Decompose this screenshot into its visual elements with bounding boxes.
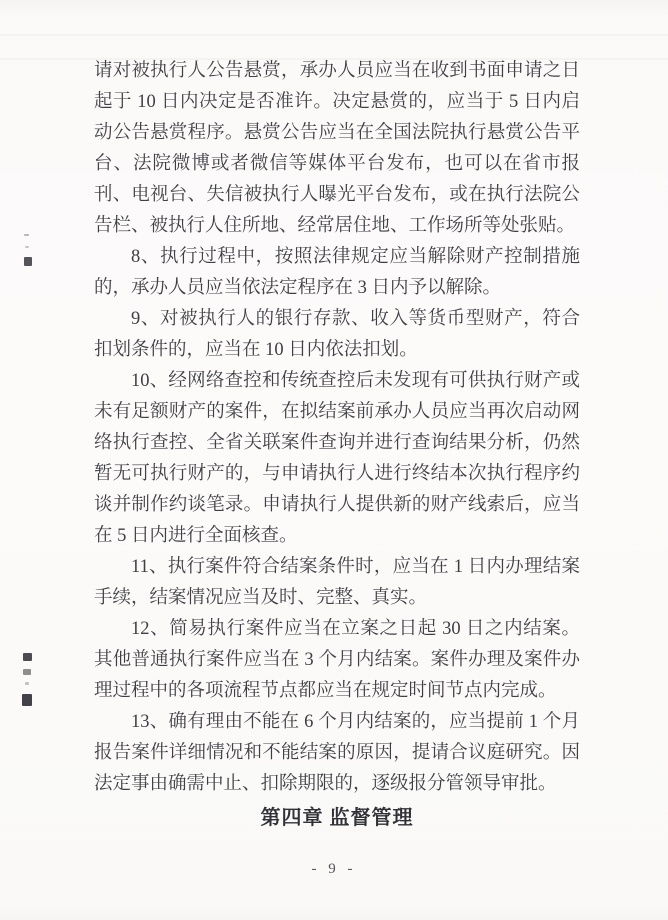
paragraph-item-8: 8、执行过程中，按照法律规定应当解除财产控制措施的，承办人员应当依法定程序在 3… [94, 242, 580, 304]
paragraph-item-13: 13、确有理由不能在 6 个月内结案的，应当提前 1 个月报告案件详细情况和不能… [94, 707, 580, 800]
paragraph-item-11: 11、执行案件符合结案条件时，应当在 1 日内办理结案手续，结案情况应当及时、完… [94, 552, 580, 614]
paragraph-item-12: 12、简易执行案件应当在立案之日起 30 日之内结案。其他普通执行案件应当在 3… [94, 614, 580, 707]
document-body: 请对被执行人公告悬赏，承办人员应当在收到书面申请之日起于 10 日内决定是否准许… [94, 56, 580, 834]
scan-speck [24, 257, 32, 266]
page-number: - 9 - [0, 861, 668, 878]
scan-speck [22, 694, 32, 706]
paragraph-item-9: 9、对被执行人的银行存款、收入等货币型财产，符合扣划条件的，应当在 10 日内依… [94, 304, 580, 366]
scan-speck [24, 234, 29, 236]
paragraph-item-10: 10、经网络查控和传统查控后未发现有可供执行财产或未有足额财产的案件，在拟结案前… [94, 366, 580, 552]
paragraph-continuation: 请对被执行人公告悬赏，承办人员应当在收到书面申请之日起于 10 日内决定是否准许… [94, 56, 580, 242]
scan-streak [0, 34, 668, 36]
scan-speck [23, 653, 32, 661]
chapter-heading: 第四章 监督管理 [94, 803, 580, 834]
scan-speck [23, 669, 31, 675]
scan-speck [25, 682, 29, 685]
scan-speck [25, 246, 29, 248]
scanned-document-page: 请对被执行人公告悬赏，承办人员应当在收到书面申请之日起于 10 日内决定是否准许… [0, 0, 668, 920]
